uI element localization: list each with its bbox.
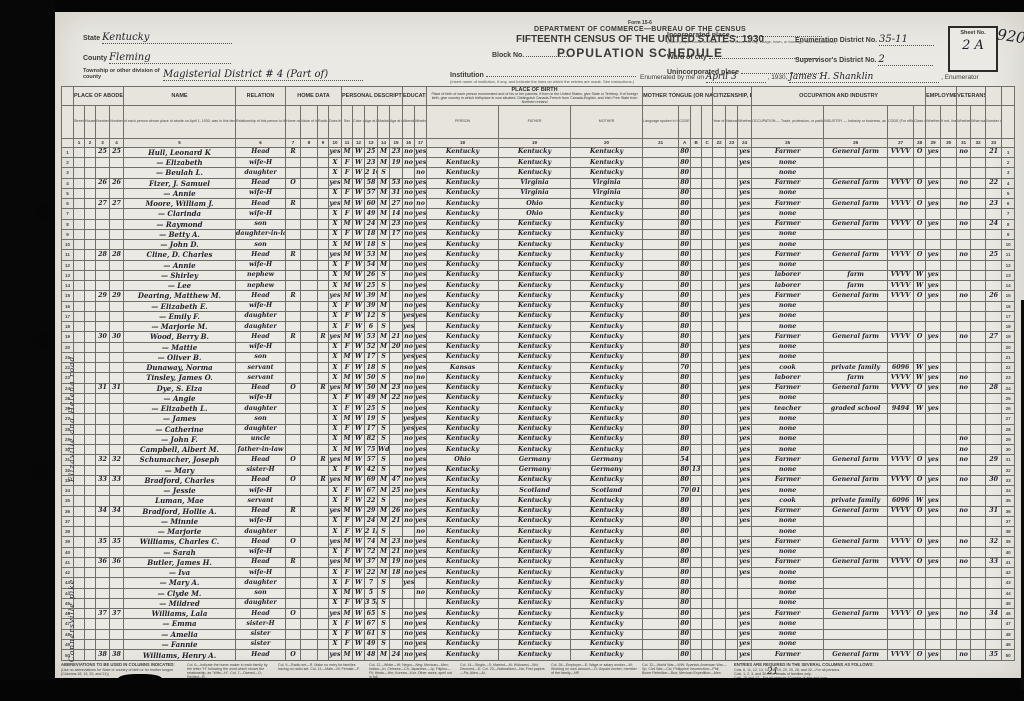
cell-home (286, 158, 301, 168)
cell-eng: yes (738, 188, 752, 198)
cell-occ: none (752, 414, 824, 424)
cell-ind (824, 527, 888, 537)
cell-work (926, 260, 941, 270)
column-label: Number of family in order of visitation (110, 105, 124, 138)
line-number: 5 (1002, 188, 1015, 198)
cell-mar: M (378, 158, 390, 168)
column-group-header: EDUCATION (403, 87, 427, 106)
cell-name: Luman, Mae (124, 496, 236, 506)
cell-sex: M (342, 537, 353, 547)
cell-home (286, 188, 301, 198)
cell-ind: farm (824, 281, 888, 291)
cell-cc (702, 639, 713, 649)
line-number: 34 (62, 486, 74, 496)
cell-val (301, 168, 318, 178)
cell-age: 17 (365, 352, 378, 362)
cell-cls: W (914, 363, 926, 373)
cell-eng: yes (738, 516, 752, 526)
cell-cb (691, 322, 702, 332)
cell-race: W (353, 322, 365, 332)
cell-sex: M (342, 281, 353, 291)
cell-ocode: 9494 (888, 404, 914, 414)
cell-ocode: VVVV (888, 475, 914, 485)
cell-imm (713, 527, 726, 537)
cell-rw: yes (415, 455, 427, 465)
cell-imm (713, 352, 726, 362)
cell-eng: yes (738, 250, 752, 260)
cell-race: W (353, 547, 365, 557)
cell-unemp (941, 516, 957, 526)
cell-ind (824, 434, 888, 444)
cell-mar: S (378, 434, 390, 444)
table-row: 5— Anniewife-HXFW57M31noyesKentuckyVirgi… (62, 188, 1015, 198)
punch-hole (34, 333, 50, 349)
cell-bp: Kentucky (427, 445, 499, 455)
cell-sex: M (342, 373, 353, 383)
cell-radio (318, 178, 329, 188)
cell-mar: M (378, 219, 390, 229)
cell-imm (713, 270, 726, 280)
cell-rw: yes (415, 281, 427, 291)
cell-cb (691, 568, 702, 578)
cell-ocode: VVVV (888, 455, 914, 465)
cell-dw (96, 404, 110, 414)
cell-agem (390, 414, 403, 424)
line-number: 41 (1002, 557, 1015, 567)
cell-house (85, 578, 96, 588)
cell-eng: yes (738, 568, 752, 578)
cell-dw: 36 (96, 557, 110, 567)
cell-agem (390, 629, 403, 639)
cell-ocode: VVVV (888, 270, 914, 280)
line-number: 11 (1002, 250, 1015, 260)
cell-imm (713, 629, 726, 639)
cell-dw (96, 578, 110, 588)
cell-agem: 23 (390, 147, 403, 157)
cell-ind (824, 229, 888, 239)
cell-dw: 33 (96, 475, 110, 485)
township-value: Magisterial District # 4 (Part of) (163, 69, 363, 81)
cell-unemp (941, 557, 957, 567)
cell-cc (702, 301, 713, 311)
cell-ocode (888, 486, 914, 496)
column-label: Attended school or college any time sinc… (403, 105, 415, 138)
cell-sex: M (342, 455, 353, 465)
table-row: 2— Elizabethwife-HXFW23M19noyesKentuckyK… (62, 158, 1015, 168)
cell-ind (824, 639, 888, 649)
cell-vet (957, 496, 971, 506)
cell-cb (691, 609, 702, 619)
column-label: Age at first marriage (390, 105, 403, 138)
cell-farm: X (329, 588, 342, 598)
cell-ca: 80 (679, 147, 691, 157)
cell-farm: X (329, 158, 342, 168)
institution-label: Institution (450, 72, 484, 79)
cell-ocode (888, 209, 914, 219)
column-number: 23 (726, 138, 738, 147)
cell-sch: no (403, 209, 415, 219)
cell-race: W (353, 506, 365, 516)
cell-unemp (941, 219, 957, 229)
cell-cb (691, 352, 702, 362)
cell-sex: F (342, 496, 353, 506)
cell-ind: General farm (824, 250, 888, 260)
cell-age: 48 (365, 650, 378, 661)
cell-val (301, 475, 318, 485)
cell-occ: none (752, 301, 824, 311)
cell-occ: none (752, 260, 824, 270)
cell-farm: X (329, 516, 342, 526)
cell-home: O (286, 537, 301, 547)
cell-fs (986, 486, 1002, 496)
abbreviation-note: Col. 14—Single—S; Married—M; Widowed—Wd;… (460, 663, 546, 678)
cell-bf: Kentucky (499, 475, 571, 485)
cell-radio (318, 260, 329, 270)
cell-imm (713, 219, 726, 229)
cell-dw (96, 465, 110, 475)
cell-sex: F (342, 404, 353, 414)
cell-farm: X (329, 322, 342, 332)
cell-farm: X (329, 393, 342, 403)
cell-occ: Farmer (752, 178, 824, 188)
cell-vet: no (957, 291, 971, 301)
cell-name: Tinsley, James O. (124, 373, 236, 383)
cell-home (286, 434, 301, 444)
cell-war (971, 414, 986, 424)
cell-fs (986, 434, 1002, 444)
cell-val (301, 158, 318, 168)
cell-sch: no (403, 199, 415, 209)
cell-fs (986, 598, 1002, 608)
scan-border-left (0, 0, 55, 701)
column-group-header: VETERANS (957, 87, 986, 106)
cell-sex: M (342, 588, 353, 598)
cell-name: Bradford, Hollie A. (124, 506, 236, 516)
cell-cc (702, 281, 713, 291)
cell-name: — Elizabeth L. (124, 404, 236, 414)
cell-war (971, 229, 986, 239)
cell-imm (713, 383, 726, 393)
cell-home (286, 424, 301, 434)
cell-ocode: 6096 (888, 496, 914, 506)
cell-imm (713, 537, 726, 547)
cell-sch: no (403, 547, 415, 557)
cell-work (926, 629, 941, 639)
cell-dw (96, 363, 110, 373)
cell-eng: yes (738, 219, 752, 229)
cell-cc (702, 240, 713, 250)
cell-house (85, 383, 96, 393)
cell-unemp (941, 414, 957, 424)
cell-radio (318, 609, 329, 619)
cell-occ: none (752, 588, 824, 598)
column-label: Whether able to read and write (415, 105, 427, 138)
cell-ind (824, 445, 888, 455)
line-number: 18 (1002, 322, 1015, 332)
cell-bp: Kentucky (427, 229, 499, 239)
cell-ocode (888, 352, 914, 362)
cell-sch: no (403, 629, 415, 639)
cell-bm: Kentucky (571, 352, 643, 362)
cell-sch: no (403, 506, 415, 516)
cell-name: — Fannie (124, 639, 236, 649)
column-group-header: OCCUPATION AND INDUSTRY (752, 87, 926, 106)
cell-imm (713, 578, 726, 588)
cell-ind: graded school (824, 404, 888, 414)
cell-race: W (353, 650, 365, 661)
cell-name: — Mildred (124, 598, 236, 608)
cell-val (301, 229, 318, 239)
cell-ca: 70 (679, 363, 691, 373)
line-number: 47 (1002, 619, 1015, 629)
cell-imm (713, 147, 726, 157)
table-row: 34— Jessiewife-HXFW67M25noyesKentuckySco… (62, 486, 1015, 496)
cell-rel: servant (236, 363, 286, 373)
cell-bp: Kentucky (427, 291, 499, 301)
cell-eng: yes (738, 506, 752, 516)
cell-ind: General farm (824, 537, 888, 547)
cell-fam (110, 270, 124, 280)
cell-tongue (643, 588, 679, 598)
cell-sex: F (342, 547, 353, 557)
cell-tongue (643, 629, 679, 639)
cell-bp: Kentucky (427, 650, 499, 661)
cell-imm (713, 619, 726, 629)
cell-tongue (643, 219, 679, 229)
cell-cls: O (914, 537, 926, 547)
line-number: 14 (1002, 281, 1015, 291)
cell-home (286, 209, 301, 219)
cell-cb (691, 588, 702, 598)
supervisor-district-field: Supervisor's District No. 2 (795, 54, 933, 66)
column-label: Whether a veteran of U.S. military or na… (957, 105, 971, 138)
column-label: Class of worker (914, 105, 926, 138)
cell-fam (110, 281, 124, 291)
abbreviation-note: Col. 12—White—W; Negro—Neg; Mexican—Mex;… (369, 663, 455, 678)
cell-eng: yes (738, 229, 752, 239)
line-number: 31 (1002, 455, 1015, 465)
cell-age: 52 (365, 342, 378, 352)
column-number: C (702, 138, 713, 147)
column-group-header (62, 87, 74, 106)
line-number: 37 (1002, 516, 1015, 526)
cell-farm: yes (329, 650, 342, 661)
cell-sch: no (403, 557, 415, 567)
cell-ocode (888, 414, 914, 424)
cell-bf: Kentucky (499, 168, 571, 178)
table-row: 20— Mattiewife-HXFW52M20noyesKentuckyKen… (62, 342, 1015, 352)
cell-ocode: VVVV (888, 373, 914, 383)
cell-dw (96, 240, 110, 250)
column-label: INDUSTRY — Industry or business, as cott… (824, 105, 888, 138)
cell-eng: yes (738, 445, 752, 455)
cell-vet (957, 260, 971, 270)
cell-nat (726, 578, 738, 588)
cell-war (971, 342, 986, 352)
cell-cls (914, 568, 926, 578)
table-row: 503838Williams, Henry A.HeadOyesMW48M24n… (62, 650, 1015, 661)
table-row: 12— Anniewife-HXFW54MnoyesKentuckyKentuc… (62, 260, 1015, 270)
cell-bp: Kentucky (427, 281, 499, 291)
cell-occ: none (752, 209, 824, 219)
cell-nat (726, 352, 738, 362)
cell-vet (957, 188, 971, 198)
cell-fam: 33 (110, 475, 124, 485)
cell-name: — Mary (124, 465, 236, 475)
table-header: PLACE OF ABODENAMERELATIONHOME DATAPERSO… (62, 87, 1015, 148)
cell-tongue (643, 332, 679, 342)
cell-occ: none (752, 639, 824, 649)
cell-work (926, 209, 941, 219)
supervisor-district-value: 2 (878, 54, 933, 66)
cell-house (85, 188, 96, 198)
cell-mar: S (378, 578, 390, 588)
column-label: Color or race (353, 105, 365, 138)
cell-sch: no (403, 219, 415, 229)
cell-race: W (353, 445, 365, 455)
table-row: 40— Sarahwife-HXFW72M21noyesKentuckyKent… (62, 547, 1015, 557)
cell-work (926, 568, 941, 578)
cell-radio: R (318, 455, 329, 465)
cell-mar: M (378, 301, 390, 311)
cell-cc (702, 496, 713, 506)
cell-bm: Kentucky (571, 373, 643, 383)
cell-sch: no (403, 260, 415, 270)
cell-street (74, 516, 85, 526)
cell-val (301, 363, 318, 373)
cell-ca: 80 (679, 322, 691, 332)
cell-war (971, 516, 986, 526)
cell-ocode: VVVV (888, 291, 914, 301)
cell-unemp (941, 168, 957, 178)
cell-age: 67 (365, 486, 378, 496)
cell-fam (110, 393, 124, 403)
cell-dw (96, 424, 110, 434)
line-number: 40 (1002, 547, 1015, 557)
cell-bp: Kentucky (427, 619, 499, 629)
cell-work: yes (926, 178, 941, 188)
cell-bf: Kentucky (499, 383, 571, 393)
enumeration-date: April 3 (706, 72, 766, 83)
cell-radio (318, 629, 329, 639)
cell-ind: General farm (824, 199, 888, 209)
cell-house (85, 373, 96, 383)
cell-mar: M (378, 178, 390, 188)
cell-war (971, 352, 986, 362)
cell-name: — Catherine (124, 424, 236, 434)
cell-mar: M (378, 332, 390, 342)
cell-tongue (643, 147, 679, 157)
cell-rel: wife-H (236, 188, 286, 198)
cell-war (971, 557, 986, 567)
cell-tongue (643, 311, 679, 321)
cell-ca: 70 (679, 486, 691, 496)
cell-work: yes (926, 332, 941, 342)
cell-radio (318, 527, 329, 537)
cell-tongue (643, 496, 679, 506)
cell-cc (702, 547, 713, 557)
cell-cls: O (914, 455, 926, 465)
cell-ca: 80 (679, 291, 691, 301)
cell-radio (318, 393, 329, 403)
cell-sex: M (342, 250, 353, 260)
cell-ca: 80 (679, 424, 691, 434)
cell-bp: Kentucky (427, 393, 499, 403)
cell-sch: yes (403, 414, 415, 424)
cell-fs (986, 342, 1002, 352)
cell-name: — Amelia (124, 629, 236, 639)
cell-val (301, 311, 318, 321)
cell-rel: Head (236, 650, 286, 661)
cell-sex: F (342, 168, 353, 178)
cell-age: 50 (365, 373, 378, 383)
cell-cls: W (914, 373, 926, 383)
cell-bf: Kentucky (499, 281, 571, 291)
cell-occ: laborer (752, 373, 824, 383)
cell-unemp (941, 537, 957, 547)
cell-race: W (353, 373, 365, 383)
cell-cc (702, 342, 713, 352)
cell-cls: O (914, 291, 926, 301)
cell-war (971, 199, 986, 209)
column-label: CODE (For office use only. Do not write … (679, 105, 691, 138)
cell-bp: Kentucky (427, 404, 499, 414)
cell-vet (957, 547, 971, 557)
cell-imm (713, 588, 726, 598)
cell-farm: X (329, 547, 342, 557)
cell-occ: none (752, 486, 824, 496)
cell-bp: Kentucky (427, 547, 499, 557)
cell-sex: F (342, 301, 353, 311)
cell-home (286, 311, 301, 321)
cell-cb (691, 168, 702, 178)
cell-cc (702, 352, 713, 362)
cell-mar: M (378, 188, 390, 198)
cell-sch: no (403, 465, 415, 475)
cell-radio (318, 281, 329, 291)
cell-farm: yes (329, 199, 342, 209)
cell-mar: M (378, 547, 390, 557)
cell-sex: M (342, 434, 353, 444)
cell-mar: M (378, 557, 390, 567)
cell-home (286, 240, 301, 250)
cell-vet (957, 414, 971, 424)
cell-nat (726, 322, 738, 332)
cell-imm (713, 496, 726, 506)
column-group-header: HOME DATA (286, 87, 342, 106)
cell-bm: Kentucky (571, 301, 643, 311)
cell-war (971, 486, 986, 496)
cell-agem (390, 270, 403, 280)
line-number: 50 (1002, 650, 1015, 661)
cell-rel: daughter (236, 311, 286, 321)
cell-rel: Head (236, 147, 286, 157)
cell-radio (318, 414, 329, 424)
cell-imm (713, 414, 726, 424)
cell-nat (726, 424, 738, 434)
cell-work: yes (926, 609, 941, 619)
cell-fs: 21 (986, 147, 1002, 157)
cell-agem: 17 (390, 229, 403, 239)
cell-cb (691, 516, 702, 526)
cell-ind: General farm (824, 178, 888, 188)
cell-nat (726, 147, 738, 157)
cell-sex: M (342, 557, 353, 567)
cell-mar: S (378, 598, 390, 608)
cell-radio (318, 363, 329, 373)
cell-farm: X (329, 434, 342, 444)
cell-vet (957, 393, 971, 403)
